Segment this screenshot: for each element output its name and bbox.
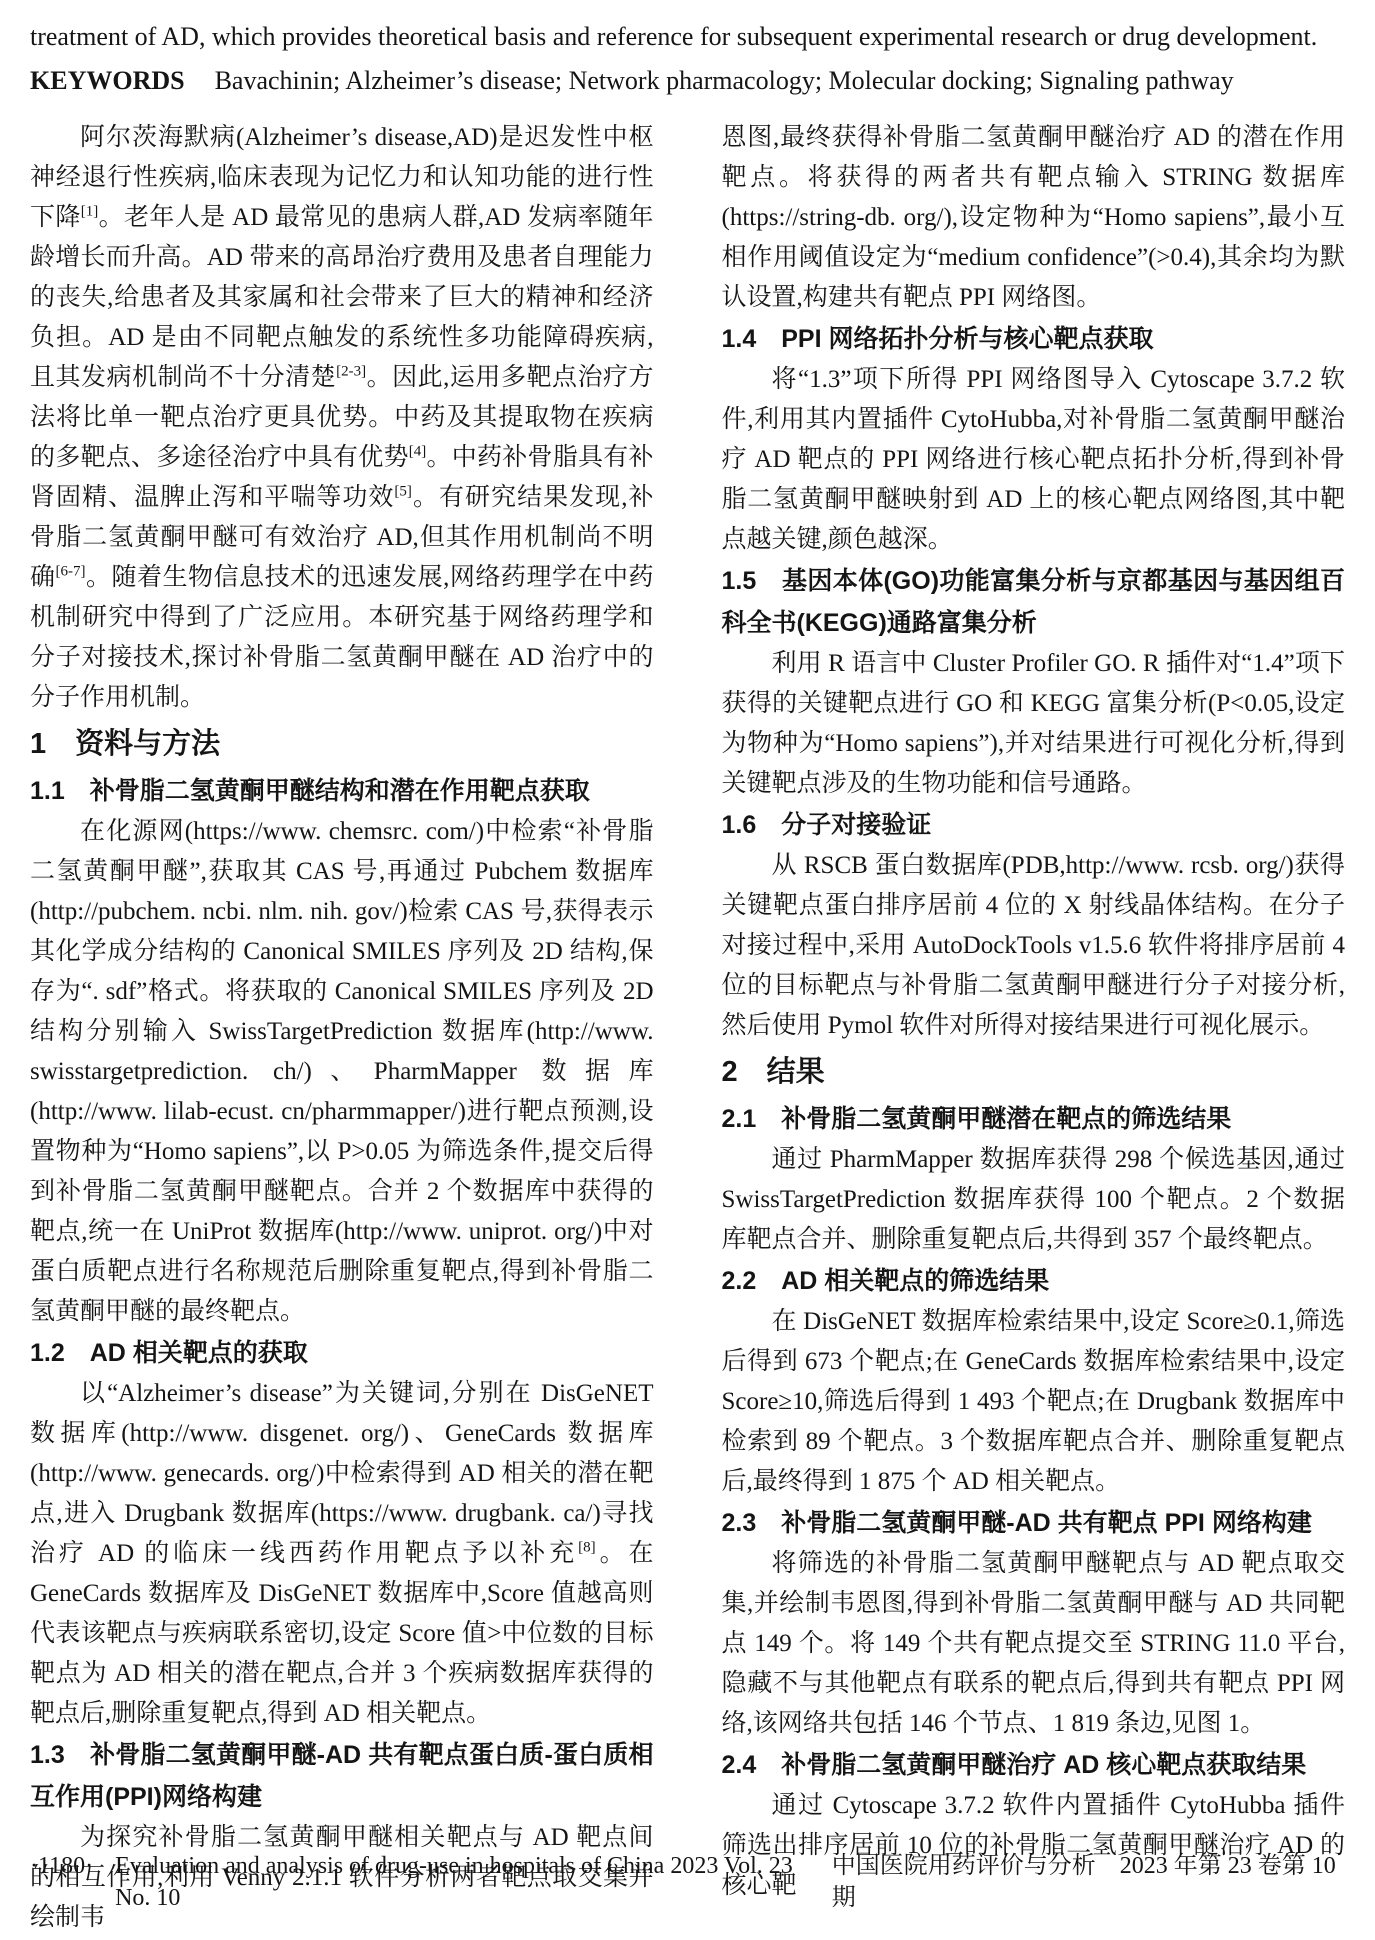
section-heading: 2.2 AD 相关靶点的筛选结果 bbox=[722, 1260, 1346, 1302]
reference-superscript: [2-3] bbox=[336, 364, 366, 380]
paragraph: 利用 R 语言中 Cluster Profiler GO. R 插件对“1.4”… bbox=[722, 644, 1346, 804]
section-heading: 2 结果 bbox=[722, 1048, 1346, 1096]
reference-superscript: [6-7] bbox=[56, 564, 86, 580]
paragraph: 通过 PharmMapper 数据库获得 298 个候选基因,通过 SwissT… bbox=[722, 1140, 1346, 1260]
section-heading: 2.1 补骨脂二氢黄酮甲醚潜在靶点的筛选结果 bbox=[722, 1098, 1346, 1140]
footer-journal-chinese: 中国医院用药评价与分析 2023 年第 23 卷第 10 期 bbox=[832, 1850, 1345, 1914]
paper-page: treatment of AD, which provides theoreti… bbox=[0, 0, 1375, 1938]
reference-superscript: [1] bbox=[81, 204, 99, 220]
abstract-english-tail: treatment of AD, which provides theoreti… bbox=[30, 16, 1345, 58]
paragraph: 恩图,最终获得补骨脂二氢黄酮甲醚治疗 AD 的潜在作用靶点。将获得的两者共有靶点… bbox=[722, 118, 1346, 318]
reference-superscript: [5] bbox=[394, 484, 412, 500]
page-footer: ·1180· Evaluation and analysis of drug-u… bbox=[30, 1850, 1345, 1914]
paragraph: 在 DisGeNET 数据库检索结果中,设定 Score≥0.1,筛选后得到 6… bbox=[722, 1302, 1346, 1502]
keywords-line: KEYWORDSBavachinin; Alzheimer’s disease;… bbox=[30, 60, 1345, 102]
paragraph: 阿尔茨海默病(Alzheimer’s disease,AD)是迟发性中枢神经退行… bbox=[30, 118, 654, 718]
section-heading: 1.3 补骨脂二氢黄酮甲醚-AD 共有靶点蛋白质-蛋白质相互作用(PPI)网络构… bbox=[30, 1734, 654, 1818]
reference-superscript: [8] bbox=[578, 1540, 596, 1556]
keywords-text: Bavachinin; Alzheimer’s disease; Network… bbox=[215, 66, 1234, 95]
paragraph: 在化源网(https://www. chemsrc. com/)中检索“补骨脂二… bbox=[30, 812, 654, 1332]
section-heading: 1.5 基因本体(GO)功能富集分析与京都基因与基因组百科全书(KEGG)通路富… bbox=[722, 560, 1346, 644]
left-column: 阿尔茨海默病(Alzheimer’s disease,AD)是迟发性中枢神经退行… bbox=[30, 118, 654, 1938]
footer-left: ·1180· Evaluation and analysis of drug-u… bbox=[30, 1850, 832, 1914]
footer-page-number: ·1180· bbox=[30, 1850, 93, 1882]
paragraph: 将“1.3”项下所得 PPI 网络图导入 Cytoscape 3.7.2 软件,… bbox=[722, 360, 1346, 560]
keywords-label: KEYWORDS bbox=[30, 66, 185, 95]
section-heading: 1 资料与方法 bbox=[30, 720, 654, 768]
paragraph: 从 RSCB 蛋白数据库(PDB,http://www. rcsb. org/)… bbox=[722, 846, 1346, 1046]
section-heading: 1.4 PPI 网络拓扑分析与核心靶点获取 bbox=[722, 318, 1346, 360]
section-heading: 2.3 补骨脂二氢黄酮甲醚-AD 共有靶点 PPI 网络构建 bbox=[722, 1502, 1346, 1544]
footer-journal-english: Evaluation and analysis of drug-use in h… bbox=[115, 1850, 832, 1914]
reference-superscript: [4] bbox=[409, 444, 427, 460]
two-column-body: 阿尔茨海默病(Alzheimer’s disease,AD)是迟发性中枢神经退行… bbox=[30, 118, 1345, 1938]
section-heading: 1.6 分子对接验证 bbox=[722, 804, 1346, 846]
section-heading: 1.1 补骨脂二氢黄酮甲醚结构和潜在作用靶点获取 bbox=[30, 770, 654, 812]
paragraph: 将筛选的补骨脂二氢黄酮甲醚靶点与 AD 靶点取交集,并绘制韦恩图,得到补骨脂二氢… bbox=[722, 1544, 1346, 1744]
right-column: 恩图,最终获得补骨脂二氢黄酮甲醚治疗 AD 的潜在作用靶点。将获得的两者共有靶点… bbox=[722, 118, 1346, 1938]
section-heading: 1.2 AD 相关靶点的获取 bbox=[30, 1332, 654, 1374]
section-heading: 2.4 补骨脂二氢黄酮甲醚治疗 AD 核心靶点获取结果 bbox=[722, 1744, 1346, 1786]
paragraph: 以“Alzheimer’s disease”为关键词,分别在 DisGeNET … bbox=[30, 1374, 654, 1734]
